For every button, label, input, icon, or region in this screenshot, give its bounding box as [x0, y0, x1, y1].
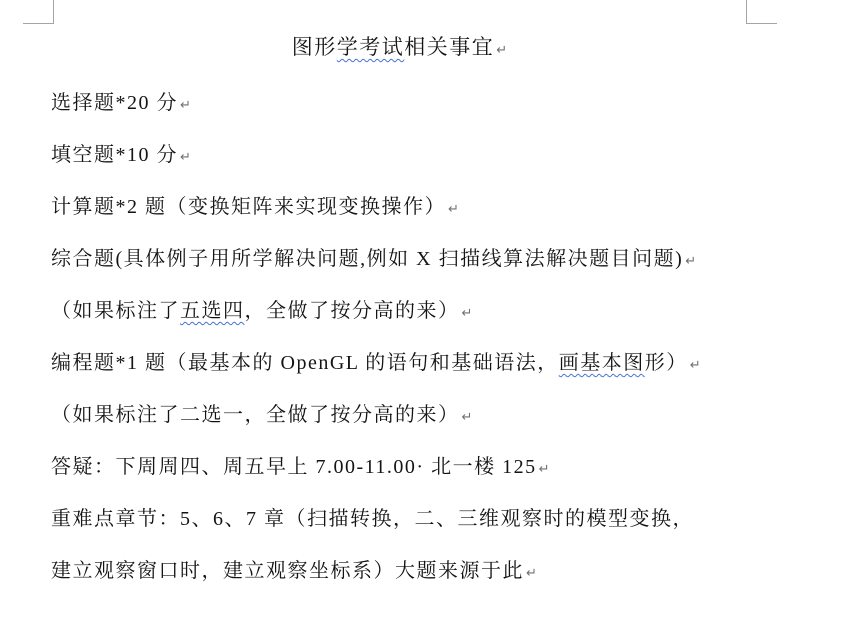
text-segment: 图形 — [292, 35, 337, 59]
paragraph-mark-icon: ↵ — [180, 98, 191, 113]
text-segment: ，全做了按分高的来） — [245, 300, 460, 322]
paragraph-mark-icon: ↵ — [526, 566, 537, 581]
paragraph-mark-icon: ↵ — [690, 358, 701, 373]
paragraph-line[interactable]: 综合题(具体例子用所学解决问题,例如 X 扫描线算法解决题目问题)↵ — [51, 233, 811, 285]
text-segment: 编程题*1 题（最基本的 OpenGL 的语句和基础语法， — [51, 352, 559, 374]
spellcheck-wavy-segment: 画基本图 — [559, 352, 645, 374]
text-segment: 填空题*10 分 — [51, 144, 178, 166]
text-segment: 综合题(具体例子用所学解决问题,例如 X 扫描线算法解决题目问题) — [51, 248, 683, 270]
text-segment: 重难点章节：5、6、7 章（扫描转换，二、三维观察时的模型变换， — [51, 508, 694, 530]
paragraph-mark-icon: ↵ — [180, 150, 191, 165]
text-segment: 形） — [645, 352, 688, 374]
paragraph-mark-icon: ↵ — [539, 462, 550, 477]
text-segment: （如果标注了 — [51, 300, 180, 322]
margin-crop-mark-top-right-icon — [746, 0, 777, 24]
paragraph-line[interactable]: 建立观察窗口时，建立观察坐标系）大题来源于此↵ — [51, 545, 811, 597]
paragraph-line[interactable]: 计算题*2 题（变换矩阵来实现变换操作）↵ — [51, 181, 811, 233]
text-segment: 建立观察窗口时，建立观察坐标系）大题来源于此 — [51, 560, 524, 582]
paragraph-mark-icon: ↵ — [496, 43, 507, 58]
document-title[interactable]: 图形学考试相关事宜↵ — [53, 34, 746, 64]
text-segment: 选择题*20 分 — [51, 92, 178, 114]
paragraph-line[interactable]: 重难点章节：5、6、7 章（扫描转换，二、三维观察时的模型变换， — [51, 493, 811, 545]
paragraph-line[interactable]: （如果标注了二选一，全做了按分高的来）↵ — [51, 389, 811, 441]
paragraph-line[interactable]: 填空题*10 分↵ — [51, 129, 811, 181]
paragraph-line[interactable]: （如果标注了五选四，全做了按分高的来）↵ — [51, 285, 811, 337]
spellcheck-wavy-segment: 五选四 — [180, 300, 245, 322]
text-segment: 相关事宜 — [404, 35, 494, 59]
document-body[interactable]: 选择题*20 分↵填空题*10 分↵计算题*2 题（变换矩阵来实现变换操作）↵综… — [51, 77, 811, 597]
paragraph-line[interactable]: 选择题*20 分↵ — [51, 77, 811, 129]
spellcheck-wavy-segment: 学考试 — [337, 35, 405, 59]
document-page[interactable]: 图形学考试相关事宜↵ 选择题*20 分↵填空题*10 分↵计算题*2 题（变换矩… — [0, 0, 842, 628]
text-segment: （如果标注了二选一，全做了按分高的来） — [51, 404, 460, 426]
text-segment: 答疑：下周周四、周五早上 7.00-11.00· 北一楼 125 — [51, 456, 537, 478]
paragraph-line[interactable]: 答疑：下周周四、周五早上 7.00-11.00· 北一楼 125↵ — [51, 441, 811, 493]
margin-crop-mark-top-left-icon — [23, 0, 54, 24]
paragraph-line[interactable]: 编程题*1 题（最基本的 OpenGL 的语句和基础语法，画基本图形）↵ — [51, 337, 811, 389]
paragraph-mark-icon: ↵ — [448, 202, 459, 217]
paragraph-mark-icon: ↵ — [462, 306, 473, 321]
paragraph-mark-icon: ↵ — [685, 254, 696, 269]
paragraph-mark-icon: ↵ — [462, 410, 473, 425]
text-segment: 计算题*2 题（变换矩阵来实现变换操作） — [51, 196, 446, 218]
